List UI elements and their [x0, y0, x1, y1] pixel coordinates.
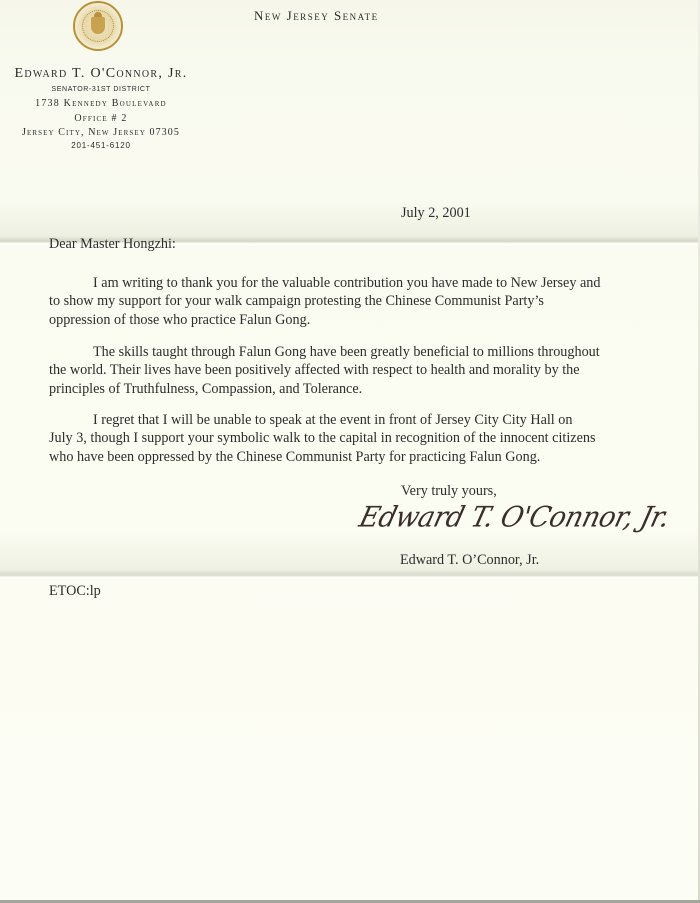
handwritten-signature: Edward T. O'Connor, Jr. — [356, 501, 673, 534]
sender-district: SENATOR-31ST DISTRICT — [3, 86, 199, 93]
state-seal-icon — [73, 1, 123, 51]
sender-address: 1738 Kennedy Boulevard — [3, 98, 199, 109]
letter-date: July 2, 2001 — [401, 204, 471, 222]
paragraph-1: I am writing to thank you for the valuab… — [49, 274, 629, 329]
fold-line — [0, 570, 700, 582]
paragraph-2: The skills taught through Falun Gong hav… — [49, 343, 629, 398]
paragraph-line: to show my support for your walk campaig… — [49, 292, 629, 310]
paragraph-line: who have been oppressed by the Chinese C… — [49, 448, 629, 466]
paragraph-line: oppression of those who practice Falun G… — [49, 311, 629, 329]
paragraph-line: I am writing to thank you for the valuab… — [49, 274, 629, 292]
typed-signer-name: Edward T. O’Connor, Jr. — [400, 551, 539, 569]
sender-office: Office # 2 — [3, 113, 199, 124]
paragraph-line: the world. Their lives have been positiv… — [49, 361, 629, 379]
paragraph-3: I regret that I will be unable to speak … — [49, 411, 629, 466]
seal-shield — [91, 17, 105, 34]
paper-shading — [0, 530, 700, 574]
salutation: Dear Master Hongzhi: — [49, 235, 176, 253]
paragraph-line: July 3, though I support your symbolic w… — [49, 429, 629, 447]
reference-initials: ETOC:lp — [49, 582, 101, 600]
paragraph-line: principles of Truthfulness, Compassion, … — [49, 380, 629, 398]
paragraph-line: The skills taught through Falun Gong hav… — [49, 343, 629, 361]
closing: Very truly yours, — [401, 482, 497, 500]
organization-name: New Jersey Senate — [254, 8, 379, 24]
sender-city: Jersey City, New Jersey 07305 — [3, 127, 199, 138]
sender-phone: 201-451-6120 — [3, 141, 199, 150]
sender-name: Edward T. O'Connor, Jr. — [3, 66, 199, 82]
paragraph-line: I regret that I will be unable to speak … — [49, 411, 629, 429]
